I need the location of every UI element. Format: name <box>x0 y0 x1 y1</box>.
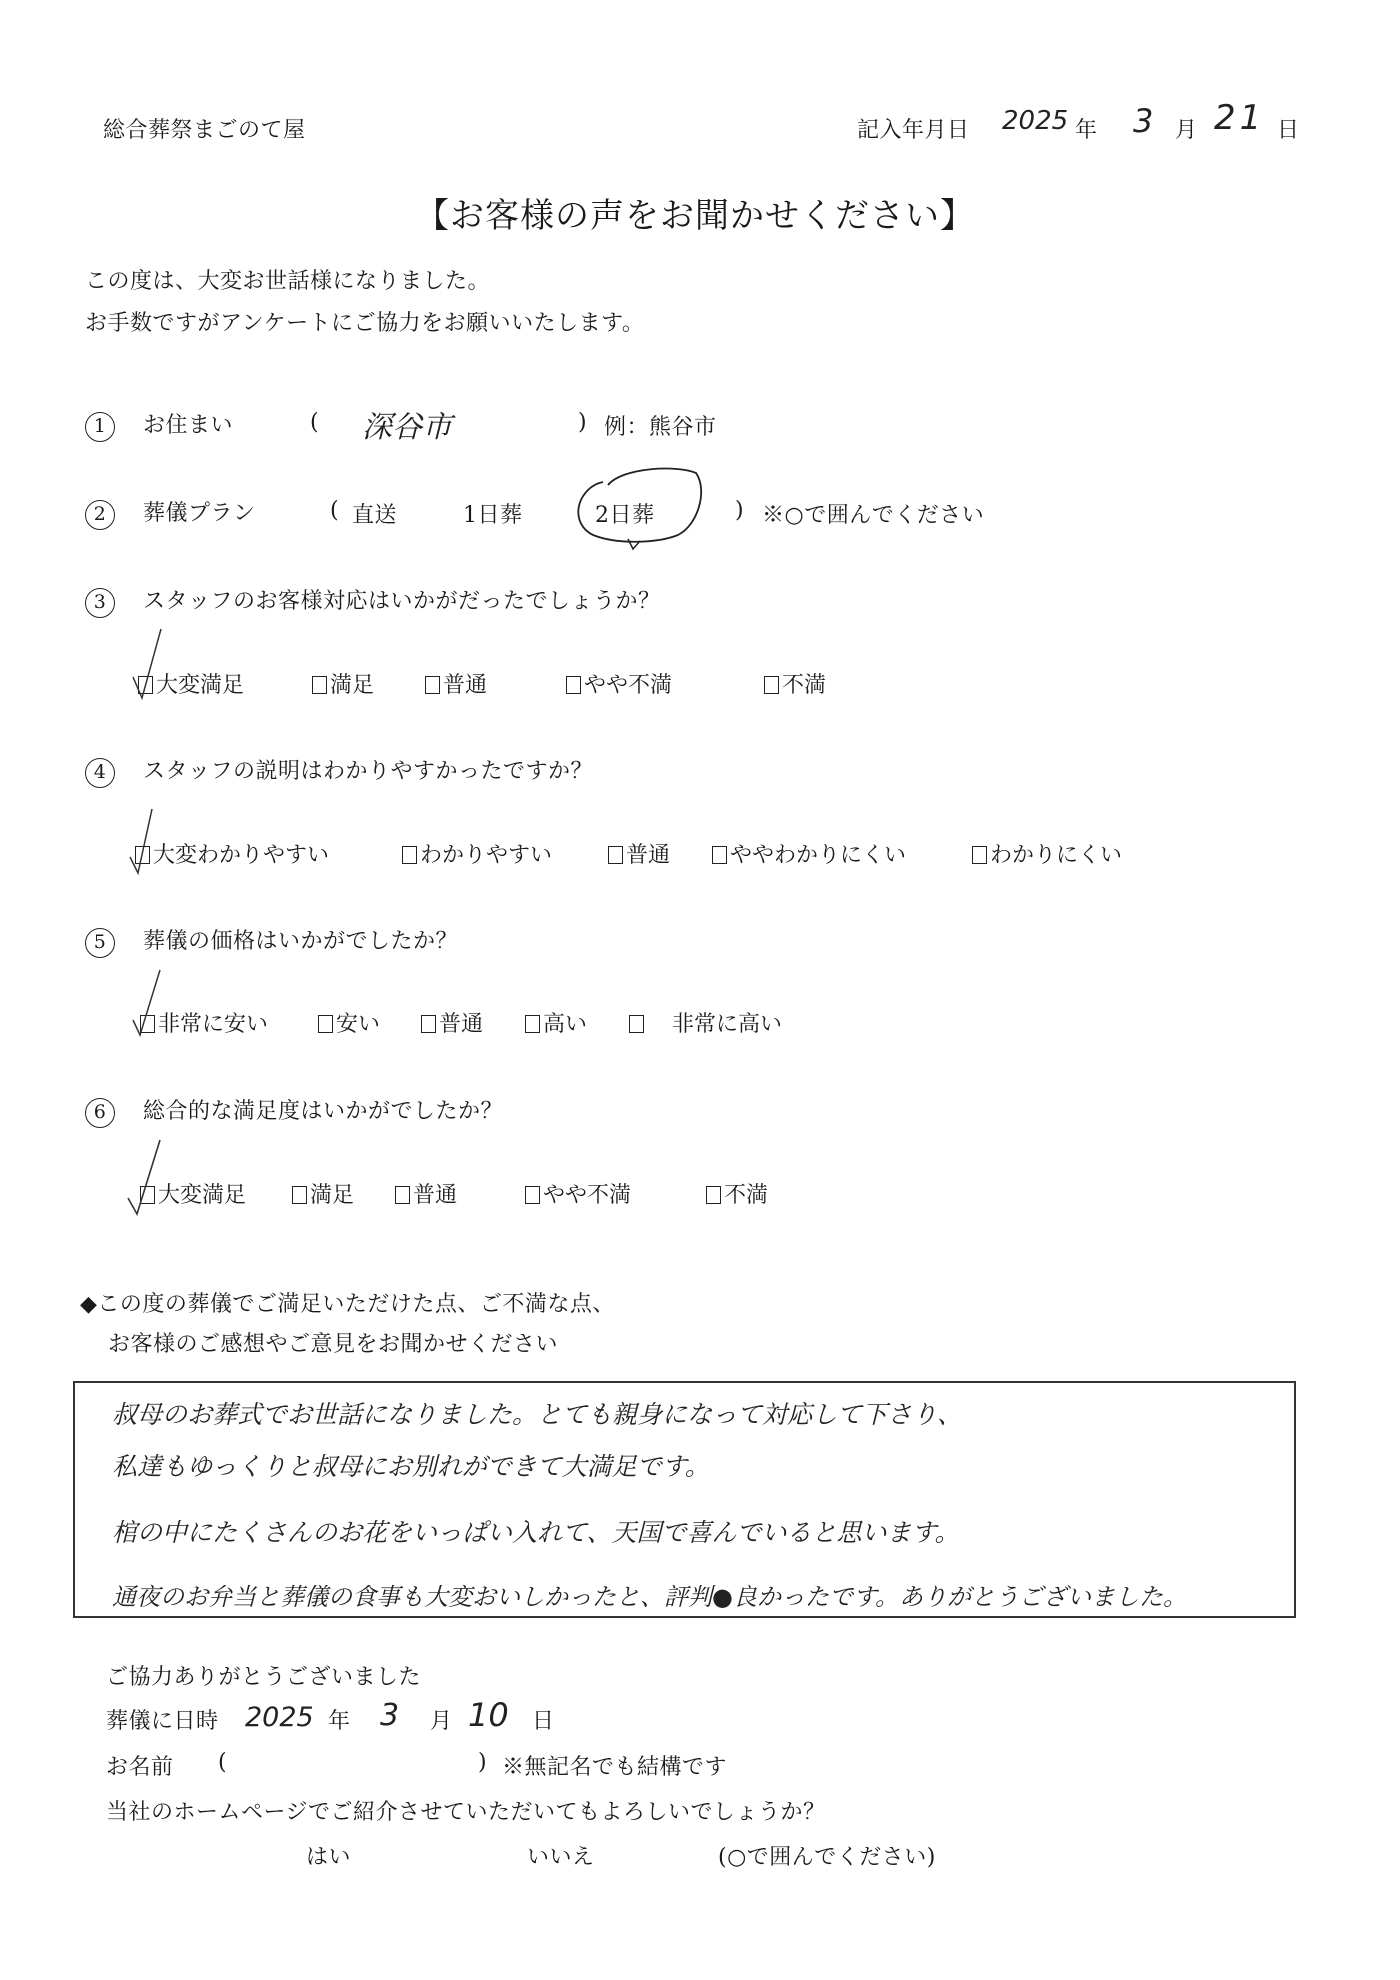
option-label: わかりにくい <box>990 843 1122 868</box>
entry-date-year-label: 年 <box>1075 113 1098 144</box>
q4-option-neutral[interactable]: 普通 <box>608 838 670 869</box>
comment-line-2: 私達もゆっくりと叔母にお別れができて大満足です。 <box>112 1447 710 1483</box>
question-label: 葬儀の価格はいかがでしたか？ <box>143 929 458 954</box>
q6-option-dissatisfied[interactable]: 不満 <box>706 1178 768 1209</box>
checkbox[interactable] <box>292 1186 307 1204</box>
option-label: 普通 <box>413 1183 457 1208</box>
name-label: お名前 <box>106 1750 174 1781</box>
q5-option-expensive[interactable]: 高い <box>525 1007 587 1038</box>
q5-option-cheap[interactable]: 安い <box>318 1007 380 1038</box>
funeral-date-month-label: 月 <box>430 1704 453 1735</box>
plan-option-1day[interactable]: 1日葬 <box>463 498 523 529</box>
checkbox[interactable] <box>395 1186 410 1204</box>
entry-date-label: 記入年月日 <box>857 113 970 144</box>
option-label: わかりやすい <box>420 843 552 868</box>
option-label: 満足 <box>330 673 374 698</box>
entry-date-year[interactable]: 2025 <box>1002 106 1068 136</box>
comment-line-3: 棺の中にたくさんのお花をいっぱい入れて、天国で喜んでいると思います。 <box>112 1513 960 1549</box>
q4-option-clear[interactable]: わかりやすい <box>402 838 552 869</box>
option-label: 安い <box>336 1012 380 1037</box>
comment-prompt-line-1: ◆この度の葬儀でご満足いただけた点、ご不満な点、 <box>80 1287 615 1318</box>
q3-option-somewhat-dissatisfied[interactable]: やや不満 <box>566 668 672 699</box>
q4-option-somewhat-unclear[interactable]: ややわかりにくい <box>712 838 906 869</box>
checkmark-icon <box>130 968 170 1040</box>
company-name: 総合葬祭まごのて屋 <box>103 113 306 144</box>
question-label: スタッフのお客様対応はいかがだったでしょうか？ <box>143 589 661 614</box>
question-label: お住まい <box>143 413 233 438</box>
checkmark-icon <box>130 625 170 700</box>
q3-option-satisfied[interactable]: 満足 <box>312 668 374 699</box>
funeral-date-year[interactable]: 2025 <box>245 1702 314 1733</box>
checkbox[interactable] <box>318 1015 333 1033</box>
entry-date-month[interactable]: 3 <box>1133 102 1153 140</box>
option-label: 普通 <box>443 673 487 698</box>
option-label: 大変満足 <box>158 1183 246 1208</box>
intro-line-2: お手数ですがアンケートにご協力をお願いいたします。 <box>85 306 644 337</box>
checkbox[interactable] <box>421 1015 436 1033</box>
comment-line-1: 叔母のお葬式でお世話になりました。とても親身になって対応して下さり、 <box>112 1395 962 1431</box>
checkbox[interactable] <box>525 1186 540 1204</box>
option-label: 不満 <box>782 673 826 698</box>
option-label: 高い <box>543 1012 587 1037</box>
funeral-date-label: 葬儀に日時 <box>106 1704 219 1735</box>
funeral-date-month[interactable]: 3 <box>380 1698 399 1733</box>
question-6: 6総合的な満足度はいかがでしたか？ <box>85 1094 503 1128</box>
entry-date-day[interactable]: 21 <box>1214 98 1265 138</box>
option-label: 非常に高い <box>672 1012 782 1037</box>
residence-answer[interactable]: 深谷市 <box>362 402 452 446</box>
q5-option-neutral[interactable]: 普通 <box>421 1007 483 1038</box>
plan-note: ※○で囲んでください <box>762 498 984 529</box>
checkbox[interactable] <box>629 1015 644 1033</box>
checkbox[interactable] <box>712 846 727 864</box>
option-label: 満足 <box>310 1183 354 1208</box>
option-label: 普通 <box>626 843 670 868</box>
q3-option-neutral[interactable]: 普通 <box>425 668 487 699</box>
q6-option-satisfied[interactable]: 満足 <box>292 1178 354 1209</box>
open-paren: ( <box>330 498 339 523</box>
option-label: 不満 <box>724 1183 768 1208</box>
q4-option-unclear[interactable]: わかりにくい <box>972 838 1122 869</box>
question-label: 総合的な満足度はいかがでしたか？ <box>143 1099 503 1124</box>
checkbox[interactable] <box>312 676 327 694</box>
option-label: ややわかりにくい <box>730 843 906 868</box>
homepage-circle-note: (○で囲んでください) <box>718 1840 936 1871</box>
question-label: 葬儀プラン <box>143 501 256 526</box>
question-5: 5葬儀の価格はいかがでしたか？ <box>85 924 458 958</box>
selection-circle-icon <box>568 465 708 555</box>
name-note: ※無記名でも結構です <box>502 1750 727 1781</box>
open-paren: ( <box>310 410 319 435</box>
option-label: 非常に安い <box>158 1012 268 1037</box>
checkbox[interactable] <box>764 676 779 694</box>
checkmark-icon <box>125 1138 170 1216</box>
homepage-no-option[interactable]: いいえ <box>527 1840 595 1871</box>
question-number: 4 <box>85 758 115 788</box>
q6-option-somewhat-dissatisfied[interactable]: やや不満 <box>525 1178 631 1209</box>
question-label: スタッフの説明はわかりやすかったですか？ <box>143 759 593 784</box>
checkmark-icon <box>128 805 168 875</box>
checkbox[interactable] <box>706 1186 721 1204</box>
thanks-text: ご協力ありがとうございました <box>106 1660 421 1691</box>
funeral-date-day-label: 日 <box>532 1704 555 1735</box>
question-number: 1 <box>85 412 115 442</box>
question-number: 5 <box>85 928 115 958</box>
question-number: 3 <box>85 588 115 618</box>
close-paren: ) <box>735 498 744 523</box>
question-3: 3スタッフのお客様対応はいかがだったでしょうか？ <box>85 584 661 618</box>
question-2: 2葬儀プラン <box>85 496 256 530</box>
option-label: やや不満 <box>584 673 672 698</box>
name-open-paren: ( <box>218 1750 227 1775</box>
homepage-question: 当社のホームページでご紹介させていただいてもよろしいでしょうか？ <box>106 1795 826 1826</box>
option-label: 大変わかりやすい <box>153 843 329 868</box>
option-label: 普通 <box>439 1012 483 1037</box>
intro-line-1: この度は、大変お世話様になりました。 <box>85 264 490 295</box>
question-4: 4スタッフの説明はわかりやすかったですか？ <box>85 754 593 788</box>
checkbox[interactable] <box>608 846 623 864</box>
comment-line-4: 通夜のお弁当と葬儀の食事も大変おいしかったと、評判●良かったです。ありがとうござ… <box>112 1577 1187 1612</box>
checkbox[interactable] <box>525 1015 540 1033</box>
question-number: 2 <box>85 500 115 530</box>
checkbox[interactable] <box>402 846 417 864</box>
checkbox[interactable] <box>972 846 987 864</box>
residence-example: 例：熊谷市 <box>604 410 717 441</box>
checkbox[interactable] <box>566 676 581 694</box>
q3-option-dissatisfied[interactable]: 不満 <box>764 668 826 699</box>
homepage-yes-option[interactable]: はい <box>306 1840 351 1871</box>
page-title: 【お客様の声をお聞かせください】 <box>415 188 975 237</box>
question-number: 6 <box>85 1098 115 1128</box>
option-label: やや不満 <box>543 1183 631 1208</box>
q6-option-neutral[interactable]: 普通 <box>395 1178 457 1209</box>
close-paren: ) <box>578 410 587 435</box>
entry-date-month-label: 月 <box>1175 113 1198 144</box>
funeral-date-day[interactable]: 10 <box>468 1696 509 1734</box>
question-1: 1お住まい <box>85 408 233 442</box>
q5-option-very-expensive[interactable]: 非常に高い <box>629 1007 782 1038</box>
name-input[interactable] <box>250 1746 470 1776</box>
checkbox[interactable] <box>425 676 440 694</box>
comment-prompt-line-2: お客様のご感想やご意見をお聞かせください <box>108 1327 558 1358</box>
name-close-paren: ) <box>478 1750 487 1775</box>
funeral-date-year-label: 年 <box>328 1704 351 1735</box>
entry-date-day-label: 日 <box>1277 113 1300 144</box>
plan-option-direct[interactable]: 直送 <box>352 498 397 529</box>
